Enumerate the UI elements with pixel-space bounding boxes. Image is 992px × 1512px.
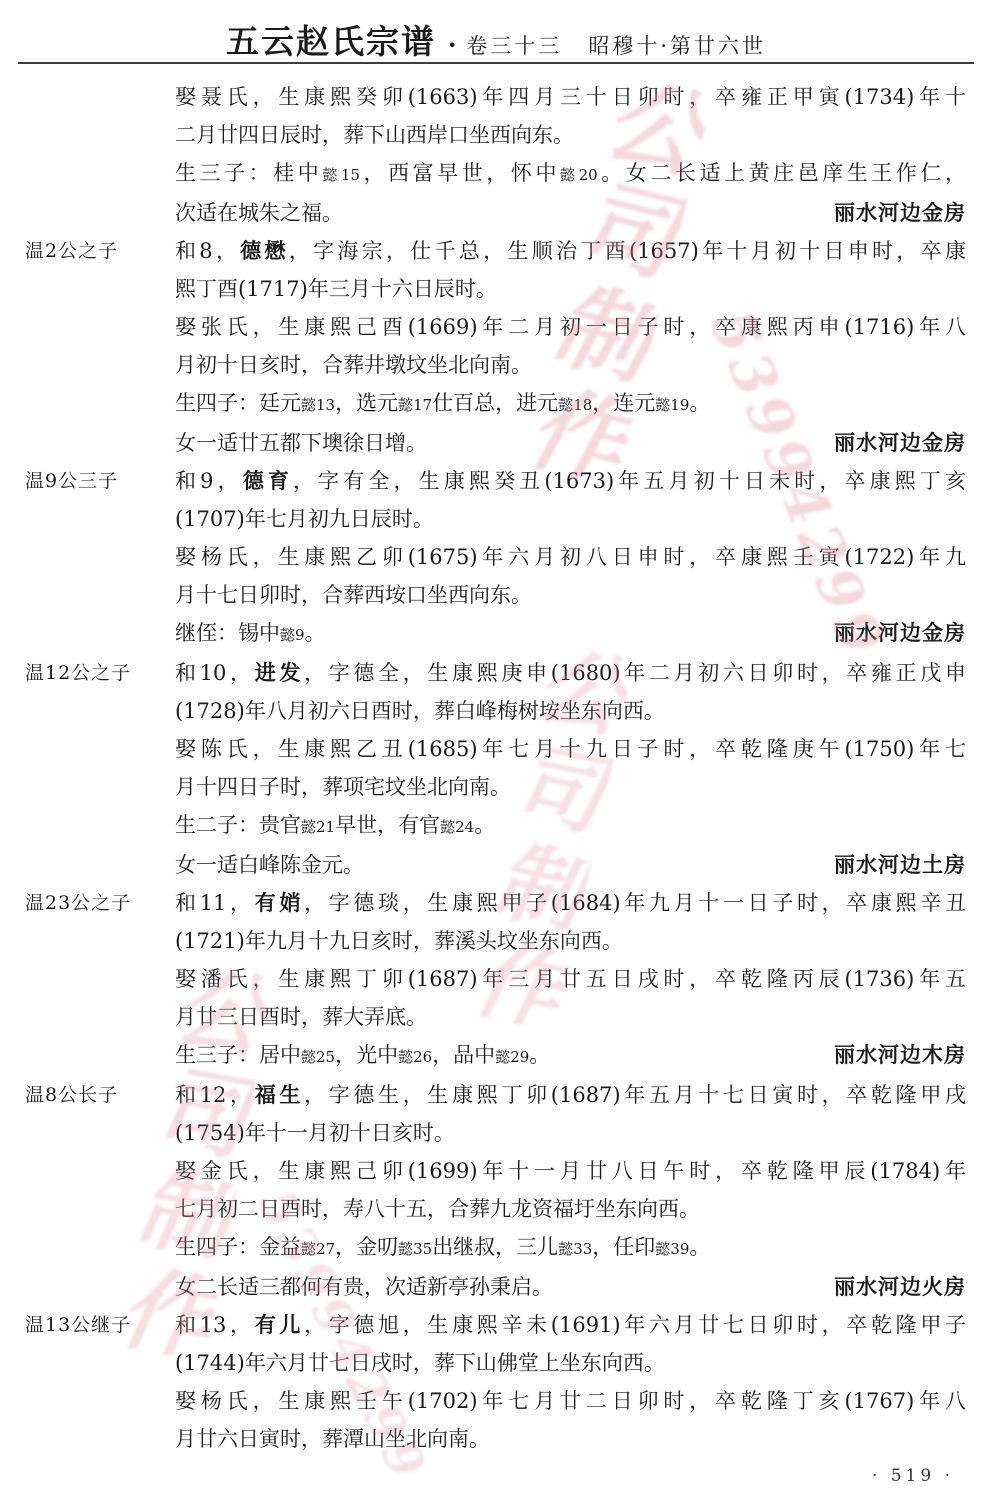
genealogy-entries: 娶聂氏，生康熙癸卯(1663)年四月三十日卯时，卒雍正甲寅(1734)年十二月廿… xyxy=(0,78,992,1458)
entry-text: 月廿六日寅时，葬潭山坐北向南。 xyxy=(175,1427,490,1451)
entry-text-line: 娶金氏，生康熙己卯(1699)年十一月廿八日午时，卒乾隆甲辰(1784)年 xyxy=(175,1152,966,1190)
entry-text-line: 月廿六日寅时，葬潭山坐北向南。 xyxy=(175,1420,966,1458)
entry-text: 娶陈氏，生康熙乙丑(1685)年七月十九日子时，卒乾隆庚午(1750)年七 xyxy=(175,737,966,761)
volume-title: 卷三十三 xyxy=(466,30,562,60)
generation-label: 温12公之子 xyxy=(0,654,175,884)
branch-house-label: 丽水河边金房 xyxy=(834,194,966,232)
entry-text-line: 二月廿四日辰时，葬下山西岸口坐西向东。 xyxy=(175,116,966,154)
branch-house-label: 丽水河边火房 xyxy=(834,1268,966,1306)
entry-body: 和13，有儿，字德旭，生康熙辛未(1691)年六月廿七日卯时，卒乾隆甲子(174… xyxy=(175,1306,992,1458)
entry-text-line: 月十四日子时，葬项宅坟坐北向南。 xyxy=(175,768,966,806)
page-header: 五云赵氏宗谱 · 卷三十三 昭穆十·第廿六世 xyxy=(0,16,992,63)
page-number: · 519 · xyxy=(872,1466,954,1486)
entry-text: 和12，福生，字德生，生康熙丁卯(1687)年五月十七日寅时，卒乾隆甲戌 xyxy=(175,1083,966,1107)
book-title: 五云赵氏宗谱 xyxy=(226,16,436,63)
entry-text-line: 和10，进发，字德全，生康熙庚申(1680)年二月初六日卯时，卒雍正戊申 xyxy=(175,654,966,692)
entry-text-line: 生四子：金益懿27，金叨懿35出继叔，三儿懿33，任印懿39。 xyxy=(175,1228,966,1268)
generation-label: 温8公长子 xyxy=(0,1076,175,1306)
entry-text: 娶金氏，生康熙己卯(1699)年十一月廿八日午时，卒乾隆甲辰(1784)年 xyxy=(175,1159,966,1183)
entry-text-line: 和13，有儿，字德旭，生康熙辛未(1691)年六月廿七日卯时，卒乾隆甲子 xyxy=(175,1306,966,1344)
entry-text: 女一适廿五都下墺徐日增。 xyxy=(175,431,427,455)
entry-section: 温13公继子和13，有儿，字德旭，生康熙辛未(1691)年六月廿七日卯时，卒乾隆… xyxy=(0,1306,992,1458)
entry-text-line: 娶杨氏，生康熙壬午(1702)年七月廿二日卯时，卒乾隆丁亥(1767)年八 xyxy=(175,1382,966,1420)
entry-section: 温12公之子和10，进发，字德全，生康熙庚申(1680)年二月初六日卯时，卒雍正… xyxy=(0,654,992,884)
entry-body: 和12，福生，字德生，生康熙丁卯(1687)年五月十七日寅时，卒乾隆甲戌(175… xyxy=(175,1076,992,1306)
branch-house-label: 丽水河边金房 xyxy=(834,614,966,652)
entry-text: 生三子：居中懿25，光中懿26，品中懿29。 xyxy=(175,1043,550,1067)
entry-text-line: 娶杨氏，生康熙乙卯(1675)年六月初八日申时，卒康熙壬寅(1722)年九 xyxy=(175,538,966,576)
entry-text: (1754)年十一月初十日亥时。 xyxy=(175,1121,455,1145)
entry-text: 女一适白峰陈金元。 xyxy=(175,853,364,877)
generation-label xyxy=(0,78,175,232)
entry-text-line: 和11，有娋，字德琰，生康熙甲子(1684)年九月十一日子时，卒康熙辛丑 xyxy=(175,884,966,922)
entry-body: 和8，德懋，字海宗，仕千总，生顺治丁酉(1657)年十月初十日申时，卒康熙丁酉(… xyxy=(175,232,992,462)
entry-text: 女二长适三都何有贵，次适新亭孙秉启。 xyxy=(175,1275,553,1299)
entry-text: 和13，有儿，字德旭，生康熙辛未(1691)年六月廿七日卯时，卒乾隆甲子 xyxy=(175,1313,966,1337)
entry-text: (1744)年六月廿七日戌时，葬下山佛堂上坐东向西。 xyxy=(175,1351,665,1375)
entry-text: 娶潘氏，生康熙丁卯(1687)年三月廿五日戌时，卒乾隆丙辰(1736)年五 xyxy=(175,967,966,991)
entry-text: 月十四日子时，葬项宅坟坐北向南。 xyxy=(175,775,511,799)
entry-section: 温2公之子和8，德懋，字海宗，仕千总，生顺治丁酉(1657)年十月初十日申时，卒… xyxy=(0,232,992,462)
entry-text: 生四子：廷元懿13，选元懿17仕百总，进元懿18，连元懿19。 xyxy=(175,391,710,415)
entry-text: 熙丁酉(1717)年三月十六日辰时。 xyxy=(175,277,497,301)
entry-text-line: 生四子：廷元懿13，选元懿17仕百总，进元懿18，连元懿19。 xyxy=(175,384,966,424)
entry-text: 娶聂氏，生康熙癸卯(1663)年四月三十日卯时，卒雍正甲寅(1734)年十 xyxy=(175,85,966,109)
entry-text-line: 娶张氏，生康熙己酉(1669)年二月初一日子时，卒康熙丙申(1716)年八 xyxy=(175,308,966,346)
branch-house-label: 丽水河边土房 xyxy=(834,846,966,884)
genealogy-page: 五云赵氏宗谱 · 卷三十三 昭穆十·第廿六世 娶聂氏，生康熙癸卯(1663)年四… xyxy=(0,0,992,1512)
entry-text: 继侄：锡中懿9。 xyxy=(175,621,326,645)
entry-text-line: 和8，德懋，字海宗，仕千总，生顺治丁酉(1657)年十月初十日申时，卒康 xyxy=(175,232,966,270)
entry-text: 和11，有娋，字德琰，生康熙甲子(1684)年九月十一日子时，卒康熙辛丑 xyxy=(175,891,966,915)
entry-text: 娶杨氏，生康熙乙卯(1675)年六月初八日申时，卒康熙壬寅(1722)年九 xyxy=(175,545,966,569)
entry-text-line: 女一适廿五都下墺徐日增。丽水河边金房 xyxy=(175,424,966,462)
entry-text-line: 生三子：桂中懿15，西富早世，怀中懿20。女二长适上黄庄邑庠生王作仁， xyxy=(175,154,966,194)
entry-text-line: 熙丁酉(1717)年三月十六日辰时。 xyxy=(175,270,966,308)
header-divider xyxy=(18,62,974,64)
entry-text-line: 继侄：锡中懿9。丽水河边金房 xyxy=(175,614,966,654)
entry-text-line: 生三子：居中懿25，光中懿26，品中懿29。丽水河边木房 xyxy=(175,1036,966,1076)
branch-house-label: 丽水河边木房 xyxy=(834,1036,966,1074)
entry-text: 生二子：贵官懿21早世，有官懿24。 xyxy=(175,813,495,837)
entry-text: 月廿三日酉时，葬大弄底。 xyxy=(175,1005,427,1029)
entry-text-line: (1721)年九月十九日亥时，葬溪头坟坐东向西。 xyxy=(175,922,966,960)
entry-text: 娶张氏，生康熙己酉(1669)年二月初一日子时，卒康熙丙申(1716)年八 xyxy=(175,315,966,339)
generation-label: 温2公之子 xyxy=(0,232,175,462)
entry-text: 月初十日亥时，合葬井墩坟坐北向南。 xyxy=(175,353,532,377)
entry-text-line: (1707)年七月初九日辰时。 xyxy=(175,500,966,538)
entry-text-line: 娶陈氏，生康熙乙丑(1685)年七月十九日子时，卒乾隆庚午(1750)年七 xyxy=(175,730,966,768)
entry-section: 温9公三子和9，德育，字有全，生康熙癸丑(1673)年五月初十日未时，卒康熙丁亥… xyxy=(0,462,992,654)
entry-text: (1707)年七月初九日辰时。 xyxy=(175,507,434,531)
entry-text: 和10，进发，字德全，生康熙庚申(1680)年二月初六日卯时，卒雍正戊申 xyxy=(175,661,966,685)
entry-text-line: (1744)年六月廿七日戌时，葬下山佛堂上坐东向西。 xyxy=(175,1344,966,1382)
entry-section: 娶聂氏，生康熙癸卯(1663)年四月三十日卯时，卒雍正甲寅(1734)年十二月廿… xyxy=(0,78,992,232)
entry-text-line: 生二子：贵官懿21早世，有官懿24。 xyxy=(175,806,966,846)
generation-label: 温9公三子 xyxy=(0,462,175,654)
entry-text-line: 女一适白峰陈金元。丽水河边土房 xyxy=(175,846,966,884)
entry-text: 和9，德育，字有全，生康熙癸丑(1673)年五月初十日未时，卒康熙丁亥 xyxy=(175,469,966,493)
entry-body: 和10，进发，字德全，生康熙庚申(1680)年二月初六日卯时，卒雍正戊申(172… xyxy=(175,654,992,884)
entry-text-line: 七月初二日酉时，寿八十五，合葬九龙资福圩坐东向西。 xyxy=(175,1190,966,1228)
entry-text-line: (1754)年十一月初十日亥时。 xyxy=(175,1114,966,1152)
section-title: 昭穆十·第廿六世 xyxy=(588,30,766,60)
entry-text: (1728)年八月初六日酉时，葬白峰梅树垵坐东向西。 xyxy=(175,699,665,723)
generation-label: 温23公之子 xyxy=(0,884,175,1076)
entry-section: 温8公长子和12，福生，字德生，生康熙丁卯(1687)年五月十七日寅时，卒乾隆甲… xyxy=(0,1076,992,1306)
entry-text-line: 和12，福生，字德生，生康熙丁卯(1687)年五月十七日寅时，卒乾隆甲戌 xyxy=(175,1076,966,1114)
entry-text: 生四子：金益懿27，金叨懿35出继叔，三儿懿33，任印懿39。 xyxy=(175,1235,710,1259)
entry-text-line: 月十七日卯时，合葬西垵口坐西向东。 xyxy=(175,576,966,614)
entry-text-line: (1728)年八月初六日酉时，葬白峰梅树垵坐东向西。 xyxy=(175,692,966,730)
entry-text: 娶杨氏，生康熙壬午(1702)年七月廿二日卯时，卒乾隆丁亥(1767)年八 xyxy=(175,1389,966,1413)
entry-text: 二月廿四日辰时，葬下山西岸口坐西向东。 xyxy=(175,123,574,147)
entry-body: 娶聂氏，生康熙癸卯(1663)年四月三十日卯时，卒雍正甲寅(1734)年十二月廿… xyxy=(175,78,992,232)
entry-text-line: 月廿三日酉时，葬大弄底。 xyxy=(175,998,966,1036)
entry-text: 次适在城朱之福。 xyxy=(175,201,343,225)
generation-label: 温13公继子 xyxy=(0,1306,175,1458)
entry-text-line: 女二长适三都何有贵，次适新亭孙秉启。丽水河边火房 xyxy=(175,1268,966,1306)
entry-section: 温23公之子和11，有娋，字德琰，生康熙甲子(1684)年九月十一日子时，卒康熙… xyxy=(0,884,992,1076)
title-separator-dot: · xyxy=(448,30,456,59)
entry-body: 和9，德育，字有全，生康熙癸丑(1673)年五月初十日未时，卒康熙丁亥(1707… xyxy=(175,462,992,654)
entry-text: 和8，德懋，字海宗，仕千总，生顺治丁酉(1657)年十月初十日申时，卒康 xyxy=(175,239,966,263)
entry-text-line: 次适在城朱之福。丽水河边金房 xyxy=(175,194,966,232)
entry-text-line: 娶聂氏，生康熙癸卯(1663)年四月三十日卯时，卒雍正甲寅(1734)年十 xyxy=(175,78,966,116)
entry-text: 七月初二日酉时，寿八十五，合葬九龙资福圩坐东向西。 xyxy=(175,1197,700,1221)
branch-house-label: 丽水河边金房 xyxy=(834,424,966,462)
entry-text-line: 和9，德育，字有全，生康熙癸丑(1673)年五月初十日未时，卒康熙丁亥 xyxy=(175,462,966,500)
entry-text: 月十七日卯时，合葬西垵口坐西向东。 xyxy=(175,583,532,607)
entry-text: (1721)年九月十九日亥时，葬溪头坟坐东向西。 xyxy=(175,929,623,953)
entry-text-line: 月初十日亥时，合葬井墩坟坐北向南。 xyxy=(175,346,966,384)
entry-text: 生三子：桂中懿15，西富早世，怀中懿20。女二长适上黄庄邑庠生王作仁， xyxy=(175,161,966,185)
entry-text-line: 娶潘氏，生康熙丁卯(1687)年三月廿五日戌时，卒乾隆丙辰(1736)年五 xyxy=(175,960,966,998)
entry-body: 和11，有娋，字德琰，生康熙甲子(1684)年九月十一日子时，卒康熙辛丑(172… xyxy=(175,884,992,1076)
